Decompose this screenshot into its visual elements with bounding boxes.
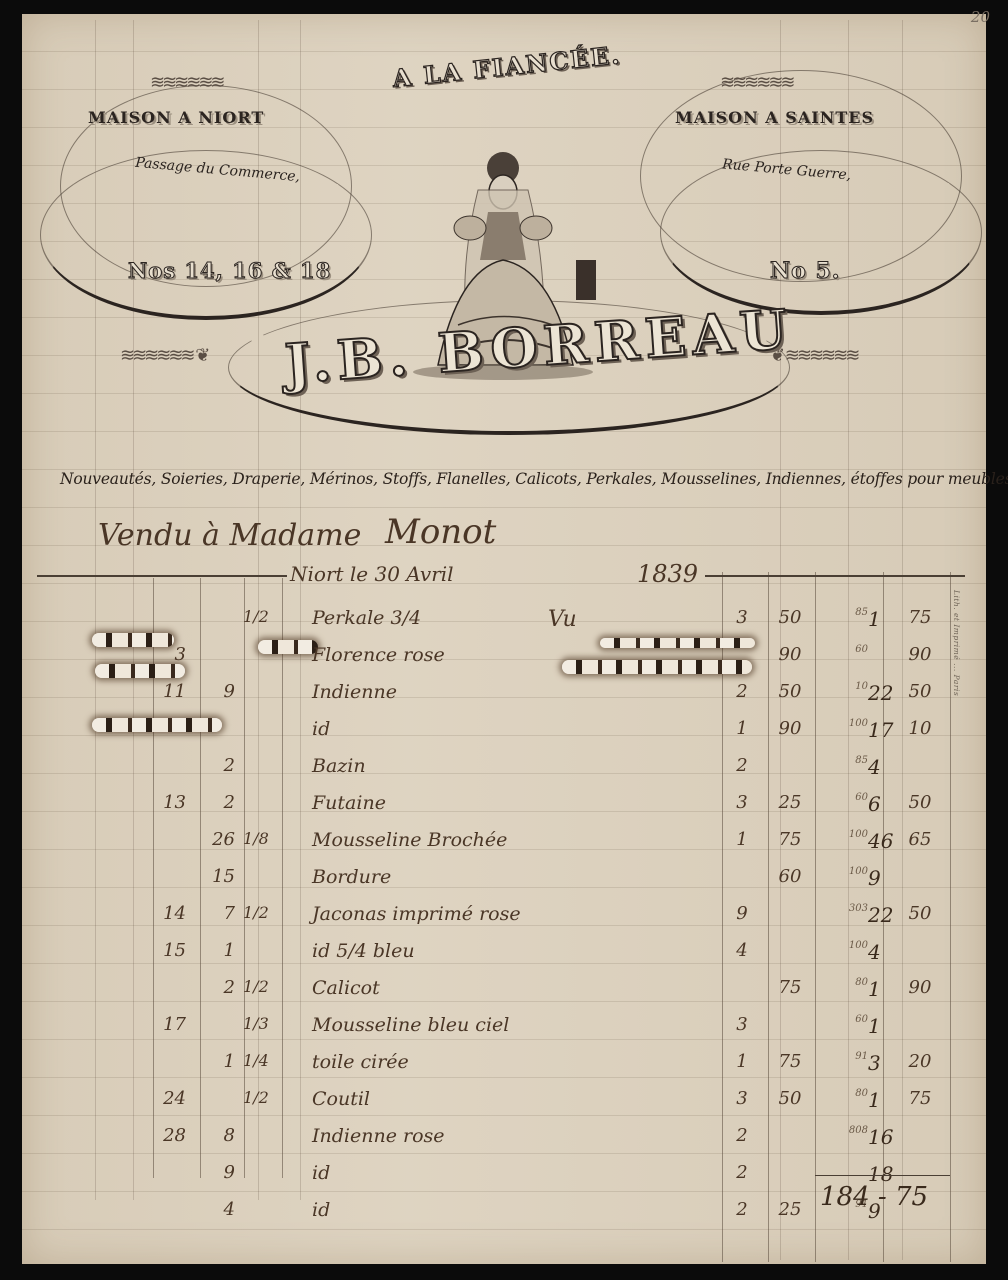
item-francs: 22 [868, 903, 900, 927]
item-rate: 91 [838, 1051, 868, 1062]
item-qty: 2 [725, 1125, 759, 1146]
item-francs: 9 [868, 866, 900, 890]
item-rate: 60 [838, 792, 868, 803]
table-row: 3Florence rose906090 [0, 644, 1008, 678]
item-rate: 80 [838, 977, 868, 988]
item-ref: 11 [150, 681, 186, 702]
item-desc: toile cirée [312, 1051, 409, 1073]
item-desc: Indienne rose [312, 1125, 445, 1147]
item-qty: 1 [725, 1051, 759, 1072]
item-cents: 90 [772, 644, 808, 665]
item-francs: 4 [868, 755, 900, 779]
item-rate: 10 [838, 681, 868, 692]
invoice-total: 184 - 75 [820, 1182, 928, 1212]
item-qty: 3 [725, 607, 759, 628]
archive-mark: 20 [971, 8, 990, 26]
item-cents: 50 [772, 681, 808, 702]
item-desc: id [312, 718, 330, 740]
item-centimes: 50 [900, 681, 940, 702]
item-desc: Bordure [312, 866, 391, 888]
item-rate: 60 [838, 1014, 868, 1025]
item-cents: 75 [772, 1051, 808, 1072]
item-rate: 100 [838, 940, 868, 951]
item-desc: id [312, 1199, 330, 1221]
item-cents: 60 [772, 866, 808, 887]
item-qty: 3 [725, 792, 759, 813]
table-row: 2Bazin2854 [0, 755, 1008, 789]
item-frac: 1/2 [243, 607, 267, 626]
right-house-numbers: No 5. [770, 258, 840, 284]
table-row: 119Indienne250102250 [0, 681, 1008, 715]
item-centimes: 65 [900, 829, 940, 850]
item-qty: 1 [725, 829, 759, 850]
merchandise-list: Nouveautés, Soieries, Draperie, Mérinos,… [60, 470, 965, 488]
item-francs: 22 [868, 681, 900, 705]
table-row: 171/3Mousseline bleu ciel3601 [0, 1014, 1008, 1048]
item-desc: id [312, 1162, 330, 1184]
item-francs: 3 [868, 1051, 900, 1075]
item-frac: 1/8 [243, 829, 267, 848]
item-ref: 17 [150, 1014, 186, 1035]
item-length: 4 [205, 1199, 235, 1220]
table-row: 1471/2Jaconas imprimé rose93032250 [0, 903, 1008, 937]
item-rate: 100 [838, 718, 868, 729]
item-desc: Mousseline bleu ciel [312, 1014, 509, 1036]
item-francs: 16 [868, 1125, 900, 1149]
item-cents: 75 [772, 977, 808, 998]
item-length: 9 [205, 1162, 235, 1183]
table-row: 132Futaine32560650 [0, 792, 1008, 826]
item-ref: 15 [150, 940, 186, 961]
table-row: 151id 5/4 bleu41004 [0, 940, 1008, 974]
item-desc: Perkale 3/4 [312, 607, 421, 629]
item-desc: Bazin [312, 755, 366, 777]
item-francs: 1 [868, 607, 900, 631]
item-centimes: 50 [900, 903, 940, 924]
item-francs: 1 [868, 1014, 900, 1038]
item-cents: 25 [772, 1199, 808, 1220]
table-row: 241/2Coutil35080175 [0, 1088, 1008, 1122]
item-centimes: 90 [900, 977, 940, 998]
wheat-ornament-icon: ≋≋≋≋≋≋ [720, 72, 793, 93]
item-desc: id 5/4 bleu [312, 940, 415, 962]
table-top-rule [37, 575, 287, 577]
item-rate: 85 [838, 607, 868, 618]
item-frac: 1/2 [243, 977, 267, 996]
table-top-rule [705, 575, 965, 577]
table-row: 11/4toile cirée17591320 [0, 1051, 1008, 1085]
item-desc: Indienne [312, 681, 397, 703]
item-qty: 2 [725, 755, 759, 776]
table-row: 1/2Perkale 3/435085175Vu [0, 607, 1008, 641]
left-house-title: MAISON A NIORT [88, 108, 264, 127]
item-francs: 1 [868, 977, 900, 1001]
item-rate: 80 [838, 1088, 868, 1099]
item-qty: 9 [725, 903, 759, 924]
item-note: Vu [548, 607, 577, 632]
item-frac: 1/2 [243, 1088, 267, 1107]
item-length: 1 [205, 1051, 235, 1072]
item-francs: 6 [868, 792, 900, 816]
item-qty: 2 [725, 1162, 759, 1183]
invoice-year: 1839 [637, 560, 698, 588]
item-rate: 303 [838, 903, 868, 914]
table-row: 261/8Mousseline Brochée1751004665 [0, 829, 1008, 863]
total-rule [815, 1175, 950, 1176]
item-desc: Futaine [312, 792, 386, 814]
item-length: 2 [205, 977, 235, 998]
item-length: 15 [205, 866, 235, 887]
customer-name: Monot [385, 512, 496, 552]
item-centimes: 10 [900, 718, 940, 739]
place-date: Niort le 30 Avril [290, 562, 454, 586]
item-desc: Calicot [312, 977, 380, 999]
item-centimes: 50 [900, 792, 940, 813]
item-cents: 50 [772, 1088, 808, 1109]
item-ref: 14 [150, 903, 186, 924]
item-ref: 28 [150, 1125, 186, 1146]
table-row: 288Indienne rose280816 [0, 1125, 1008, 1159]
item-qty: 3 [725, 1088, 759, 1109]
item-desc: Mousseline Brochée [312, 829, 507, 851]
item-desc: Florence rose [312, 644, 445, 666]
item-desc: Jaconas imprimé rose [312, 903, 521, 925]
item-ref: 24 [150, 1088, 186, 1109]
item-qty: 2 [725, 1199, 759, 1220]
item-length: 9 [205, 681, 235, 702]
item-qty: 1 [725, 718, 759, 739]
item-length: 7 [205, 903, 235, 924]
item-centimes: 20 [900, 1051, 940, 1072]
item-length: 8 [205, 1125, 235, 1146]
item-frac: 1/4 [243, 1051, 267, 1070]
table-row: 15Bordure601009 [0, 866, 1008, 900]
item-frac: 1/3 [243, 1014, 267, 1033]
left-house-numbers: Nos 14, 16 & 18 [128, 258, 331, 283]
item-ref: 13 [150, 792, 186, 813]
item-qty: 3 [725, 1014, 759, 1035]
item-centimes: 75 [900, 1088, 940, 1109]
wheat-ornament-icon: ≋≋≋≋≋≋ ❦ [120, 345, 207, 366]
item-centimes: 75 [900, 607, 940, 628]
item-rate: 85 [838, 755, 868, 766]
item-length: 2 [205, 792, 235, 813]
item-ref: 3 [150, 644, 186, 665]
item-cents: 90 [772, 718, 808, 739]
item-rate: 100 [838, 866, 868, 877]
table-row: 21/2Calicot7580190 [0, 977, 1008, 1011]
item-qty: 2 [725, 681, 759, 702]
item-desc: Coutil [312, 1088, 370, 1110]
table-row: id1901001710 [0, 718, 1008, 752]
item-cents: 50 [772, 607, 808, 628]
item-rate: 60 [838, 644, 868, 655]
item-rate: 100 [838, 829, 868, 840]
item-length: 1 [205, 940, 235, 961]
item-cents: 75 [772, 829, 808, 850]
item-length: 2 [205, 755, 235, 776]
item-length: 26 [205, 829, 235, 850]
wheat-ornament-icon: ≋≋≋≋≋≋ [150, 72, 223, 93]
right-house-title: MAISON A SAINTES [675, 108, 874, 127]
item-qty: 4 [725, 940, 759, 961]
item-centimes: 90 [900, 644, 940, 665]
item-frac: 1/2 [243, 903, 267, 922]
item-rate: 808 [838, 1125, 868, 1136]
sold-to-label: Vendu à Madame [98, 518, 361, 553]
item-francs: 17 [868, 718, 900, 742]
item-francs: 46 [868, 829, 900, 853]
item-cents: 25 [772, 792, 808, 813]
item-francs: 1 [868, 1088, 900, 1112]
item-francs: 4 [868, 940, 900, 964]
